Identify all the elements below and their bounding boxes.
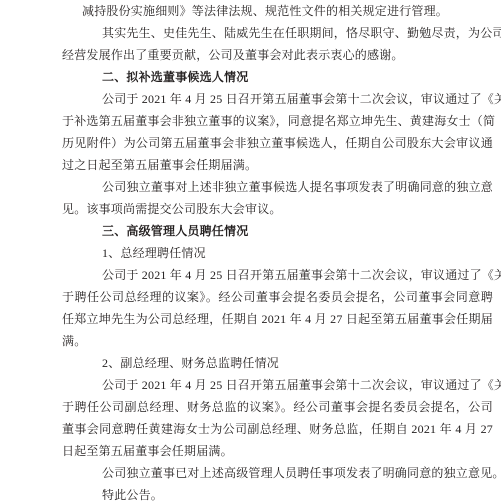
text-line-17: 2、副总经理、财务总监聘任情况 [62,352,493,374]
text-line-12: 1、总经理聘任情况 [62,242,493,264]
text-line-7: 历见附件）为公司第五届董事会非独立董事候选人，任期自公司股东大会审议通 [62,132,493,154]
text-line-6: 于补选第五届董事会非独立董事的议案》，同意提名郑立坤先生、黄建海女士（简 [62,110,493,132]
announcement-document-page: 减持股份实施细则》等法律法规、规范性文件的相关规定进行管理。其实先生、史佳先生、… [0,0,501,502]
text-line-4: 二、拟补选董事候选人情况 [62,66,493,88]
text-line-3: 经营发展作出了重要贡献，公司及董事会对此表示衷心的感谢。 [62,44,493,66]
text-line-22: 公司独立董事已对上述高级管理人员聘任事项发表了明确同意的独立意见。 [62,462,493,484]
text-line-19: 于聘任公司副总经理、财务总监的议案》。经公司董事会提名委员会提名，公司 [62,396,493,418]
text-line-2: 其实先生、史佳先生、陆威先生在任职期间，恪尽职守、勤勉尽责，为公司 [62,22,493,44]
text-line-20: 董事会同意聘任黄建海女士为公司副总经理、财务总监，任期自 2021 年 4 月 … [62,418,493,440]
text-line-23: 特此公告。 [62,484,493,502]
text-line-10: 见。该事项尚需提交公司股东大会审议。 [62,198,493,220]
text-line-14: 于聘任公司总经理的议案》。经公司董事会提名委员会提名，公司董事会同意聘 [62,286,493,308]
text-line-9: 公司独立董事对上述非独立董事候选人提名事项发表了明确同意的独立意 [62,176,493,198]
text-line-13: 公司于 2021 年 4 月 25 日召开第五届董事会第十二次会议，审议通过了《… [62,264,493,286]
text-line-8: 过之日起至第五届董事会任期届满。 [62,154,493,176]
text-line-16: 满。 [62,330,493,352]
text-line-15: 任郑立坤先生为公司总经理，任期自 2021 年 4 月 27 日起至第五届董事会… [62,308,493,330]
text-line-21: 日起至第五届董事会任期届满。 [62,440,493,462]
text-line-1: 减持股份实施细则》等法律法规、规范性文件的相关规定进行管理。 [62,0,493,22]
document-text-block: 减持股份实施细则》等法律法规、规范性文件的相关规定进行管理。其实先生、史佳先生、… [62,0,493,502]
text-line-11: 三、高级管理人员聘任情况 [62,220,493,242]
text-line-18: 公司于 2021 年 4 月 25 日召开第五届董事会第十二次会议，审议通过了《… [62,374,493,396]
text-line-5: 公司于 2021 年 4 月 25 日召开第五届董事会第十二次会议，审议通过了《… [62,88,493,110]
